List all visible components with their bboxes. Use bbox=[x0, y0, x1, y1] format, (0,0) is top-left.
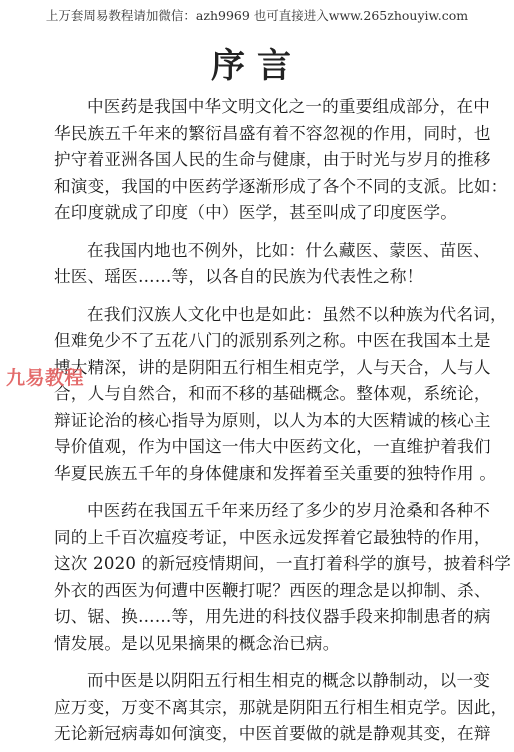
page-title: 序言 bbox=[0, 38, 514, 87]
text-line: 这次 2020 的新冠疫情期间，一直打着科学的旗号，披着科学 bbox=[54, 551, 466, 578]
text-line: 在我们汉族人文化中也是如此：虽然不以种族为代名词， bbox=[54, 302, 466, 329]
text-line: 和演变，我国的中医药学逐渐形成了各个不同的支派。比如： bbox=[54, 174, 466, 201]
text-line: 情发展。是以见果摘果的概念治已病。 bbox=[54, 631, 466, 658]
text-line: 合，人与自然合，和而不移的基础概念。整体观，系统论， bbox=[54, 381, 466, 408]
paragraph-2: 在我国内地也不例外，比如：什么藏医、蒙医、苗医、 壮医、瑶医……等，以各自的民族… bbox=[54, 238, 466, 291]
page-header-contact: 上万套周易教程请加微信：azh9969 也可直接进入www.265zhouyiw… bbox=[0, 6, 514, 24]
watermark-logo: 九易教程 bbox=[6, 363, 84, 390]
paragraph-4: 中医药在我国五千年来历经了多少的岁月沧桑和各种不 同的上千百次瘟疫考证，中医永远… bbox=[54, 498, 466, 657]
text-line: 在印度就成了印度（中）医学，甚至叫成了印度医学。 bbox=[54, 200, 466, 227]
document-body: 中医药是我国中华文明文化之一的重要组成部分，在中 华民族五千年来的繁衍昌盛有着不… bbox=[54, 94, 466, 752]
paragraph-3: 在我们汉族人文化中也是如此：虽然不以种族为代名词， 但难免少不了五花八门的派别系… bbox=[54, 302, 466, 488]
text-line: 华夏民族五千年的身体健康和发挥着至关重要的独特作用 。 bbox=[54, 461, 466, 488]
paragraph-5: 而中医是以阴阳五行相生相克的概念以静制动，以一变 应万变，万变不离其宗，那就是阴… bbox=[54, 668, 466, 748]
text-line: 导价值观，作为中国这一伟大中医药文化，一直维护着我们 bbox=[54, 434, 466, 461]
text-line: 辩证论治的核心指导为原则，以人为本的大医精诚的核心主 bbox=[54, 408, 466, 435]
text-line: 切、锯、换……等，用先进的科技仪器手段来抑制患者的病 bbox=[54, 604, 466, 631]
text-line: 而中医是以阴阳五行相生相克的概念以静制动，以一变 bbox=[54, 668, 466, 695]
text-line: 中医药是我国中华文明文化之一的重要组成部分，在中 bbox=[54, 94, 466, 121]
text-line: 中医药在我国五千年来历经了多少的岁月沧桑和各种不 bbox=[54, 498, 466, 525]
text-line: 壮医、瑶医……等，以各自的民族为代表性之称！ bbox=[54, 264, 466, 291]
text-line: 无论新冠病毒如何演变，中医首要做的就是静观其变，在辩 bbox=[54, 721, 466, 748]
text-line: 华民族五千年来的繁衍昌盛有着不容忽视的作用，同时，也 bbox=[54, 121, 466, 148]
text-line: 护守着亚洲各国人民的生命与健康，由于时光与岁月的推移 bbox=[54, 147, 466, 174]
text-line: 外衣的西医为何遭中医鞭打呢？西医的理念是以抑制、杀、 bbox=[54, 578, 466, 605]
text-line: 同的上千百次瘟疫考证，中医永远发挥着它最独特的作用， bbox=[54, 525, 466, 552]
text-line: 在我国内地也不例外，比如：什么藏医、蒙医、苗医、 bbox=[54, 238, 466, 265]
text-line: 博大精深，讲的是阴阳五行相生相克学，人与天合，人与人 bbox=[54, 355, 466, 382]
paragraph-1: 中医药是我国中华文明文化之一的重要组成部分，在中 华民族五千年来的繁衍昌盛有着不… bbox=[54, 94, 466, 227]
text-line: 应万变，万变不离其宗，那就是阴阳五行相生相克学。因此， bbox=[54, 695, 466, 722]
text-line: 但难免少不了五花八门的派别系列之称。中医在我国本土是 bbox=[54, 328, 466, 355]
